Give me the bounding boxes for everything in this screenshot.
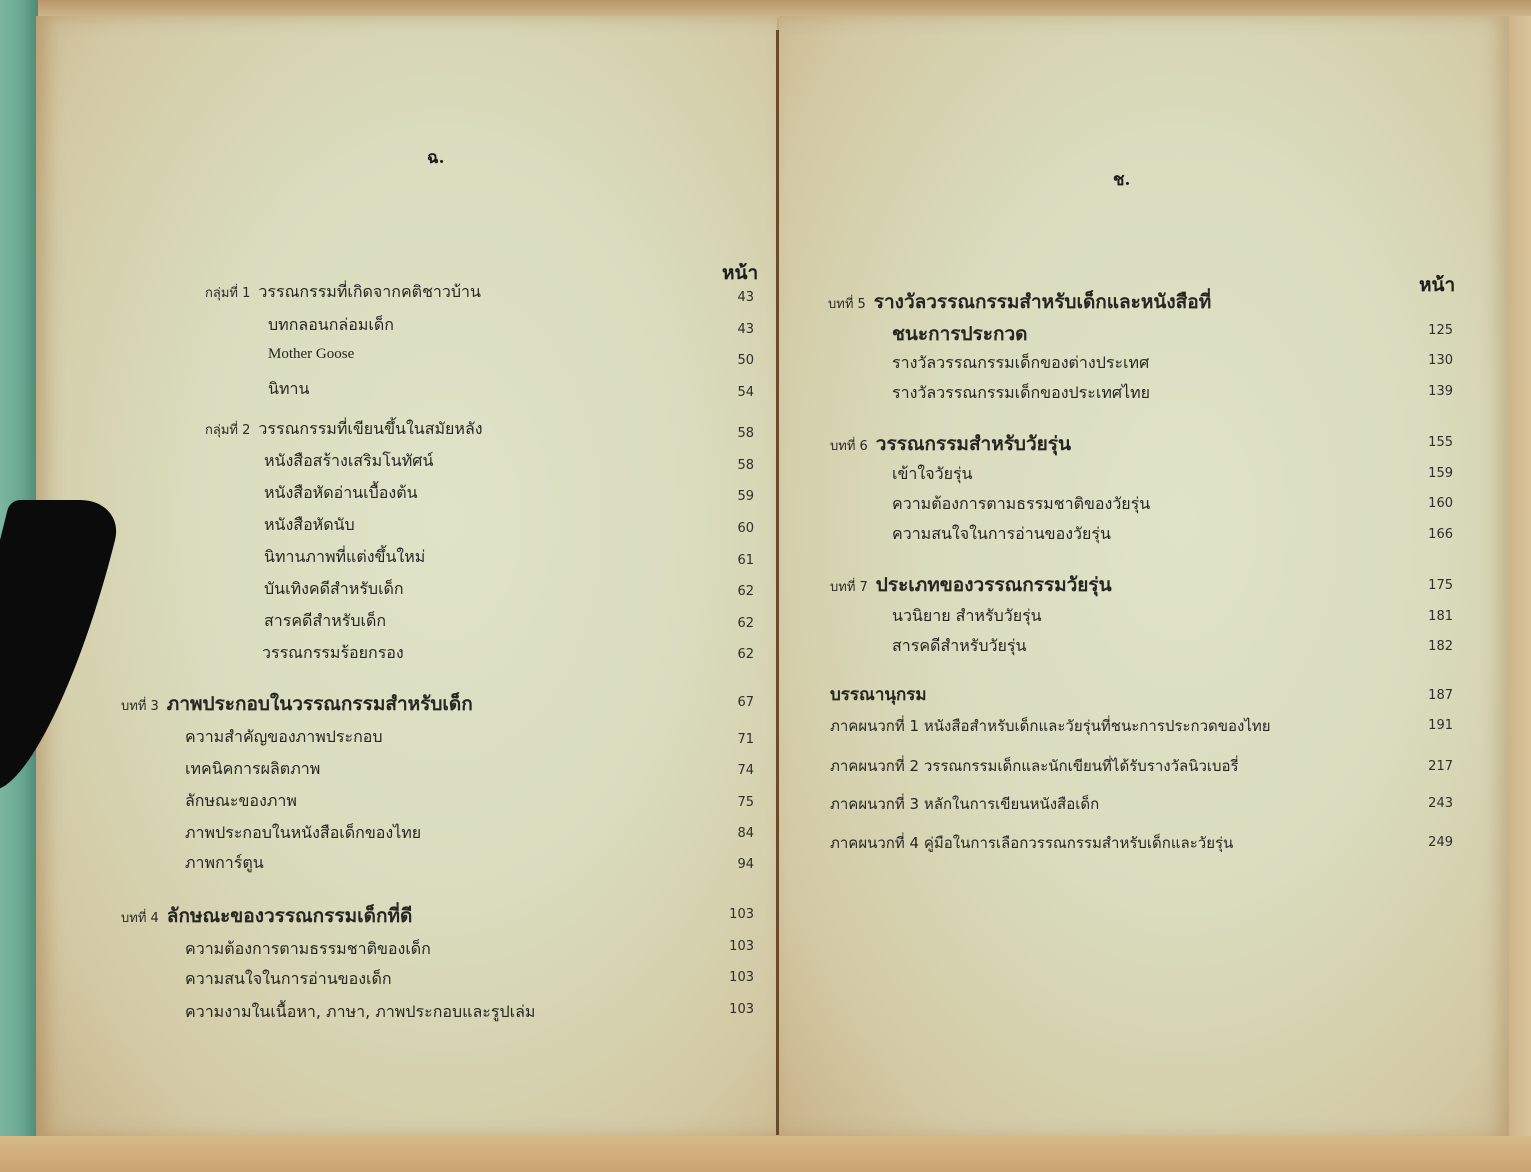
- toc-entry: ลักษณะของภาพ: [185, 789, 297, 814]
- entry-prefix: บทที่ 5: [828, 293, 866, 314]
- toc-chapter-entry: บทที่ 5 รางวัลวรรณกรรมสำหรับเด็กและหนังส…: [828, 287, 1211, 317]
- entry-page: 191: [1403, 718, 1453, 733]
- entry-page: 103: [704, 939, 754, 954]
- entry-title: วรรณกรรมร้อยกรอง: [262, 641, 404, 666]
- toc-appendix-entry: ภาคผนวกที่ 4 คู่มือในการเลือกวรรณกรรมสำห…: [830, 831, 1233, 855]
- toc-entry: ความสนใจในการอ่านของเด็ก: [185, 967, 392, 992]
- entry-page: 94: [704, 857, 754, 872]
- left-page: [36, 16, 777, 1138]
- toc-entry: ภาพการ์ตูน: [185, 851, 264, 876]
- entry-title: เทคนิคการผลิตภาพ: [185, 757, 320, 782]
- entry-title: เข้าใจวัยรุ่น: [892, 462, 972, 487]
- toc-entry: บันเทิงคดีสำหรับเด็ก: [264, 577, 404, 602]
- toc-entry: ชนะการประกวด: [892, 319, 1027, 349]
- entry-title: ความสนใจในการอ่านของวัยรุ่น: [892, 522, 1111, 547]
- entry-page: 103: [704, 970, 754, 985]
- entry-title: สารคดีสำหรับเด็ก: [264, 609, 386, 634]
- toc-entry: ความงามในเนื้อหา, ภาษา, ภาพประกอบและรูปเ…: [185, 1000, 535, 1025]
- entry-page: 62: [704, 616, 754, 631]
- entry-title: หนังสือหัดนับ: [264, 513, 355, 538]
- entry-page: 217: [1403, 759, 1453, 774]
- entry-page: 62: [704, 584, 754, 599]
- entry-title: หนังสือสร้างเสริมโนทัศน์: [264, 449, 433, 474]
- entry-title: นิทานภาพที่แต่งขึ้นใหม่: [264, 545, 425, 570]
- toc-entry: สารคดีสำหรับเด็ก: [264, 609, 386, 634]
- entry-page: 84: [704, 826, 754, 841]
- book-bottom-edge: [0, 1136, 1531, 1172]
- entry-title: รางวัลวรรณกรรมเด็กของประเทศไทย: [892, 381, 1150, 406]
- toc-chapter-entry: บทที่ 6 วรรณกรรมสำหรับวัยรุ่น: [830, 429, 1071, 459]
- toc-entry: หนังสือสร้างเสริมโนทัศน์: [264, 449, 433, 474]
- entry-page: 60: [704, 521, 754, 536]
- entry-page: 159: [1403, 466, 1453, 481]
- entry-page: 249: [1403, 835, 1453, 850]
- entry-title: ความต้องการตามธรรมชาติของเด็ก: [185, 937, 431, 962]
- right-page-column-header: หน้า: [1419, 270, 1455, 300]
- toc-entry: หนังสือหัดอ่านเบื้องต้น: [264, 481, 418, 506]
- entry-page: 181: [1403, 609, 1453, 624]
- entry-page: 43: [704, 290, 754, 305]
- entry-title: ประเภทของวรรณกรรมวัยรุ่น: [876, 570, 1112, 600]
- toc-entry: เข้าใจวัยรุ่น: [892, 462, 972, 487]
- entry-page: 50: [704, 353, 754, 368]
- entry-title: นวนิยาย สำหรับวัยรุ่น: [892, 604, 1042, 629]
- entry-prefix: บทที่ 7: [830, 576, 868, 597]
- entry-title: บรรณานุกรม: [830, 681, 927, 708]
- entry-page: 58: [704, 458, 754, 473]
- entry-title: ภาคผนวกที่ 4 คู่มือในการเลือกวรรณกรรมสำห…: [830, 831, 1233, 855]
- toc-entry: นวนิยาย สำหรับวัยรุ่น: [892, 604, 1042, 629]
- entry-page: 58: [704, 426, 754, 441]
- entry-page: 67: [704, 695, 754, 710]
- entry-page: 187: [1403, 688, 1453, 703]
- entry-prefix: บทที่ 6: [830, 435, 868, 456]
- entry-page: 71: [704, 732, 754, 747]
- entry-prefix: บทที่ 4: [121, 907, 159, 928]
- entry-title: รางวัลวรรณกรรมสำหรับเด็กและหนังสือที่: [874, 287, 1211, 317]
- toc-entry: รางวัลวรรณกรรมเด็กของประเทศไทย: [892, 381, 1150, 406]
- entry-page: 243: [1403, 796, 1453, 811]
- book-right-edge: [1509, 16, 1531, 1141]
- toc-entry: สารคดีสำหรับวัยรุ่น: [892, 634, 1026, 659]
- entry-page: 74: [704, 763, 754, 778]
- entry-title: ชนะการประกวด: [892, 319, 1027, 349]
- entry-title: ภาคผนวกที่ 1 หนังสือสำหรับเด็กและวัยรุ่น…: [830, 714, 1271, 738]
- entry-title: บันเทิงคดีสำหรับเด็ก: [264, 577, 404, 602]
- toc-entry: หนังสือหัดนับ: [264, 513, 355, 538]
- entry-title: ความสนใจในการอ่านของเด็ก: [185, 967, 392, 992]
- entry-title: สารคดีสำหรับวัยรุ่น: [892, 634, 1026, 659]
- toc-entry: Mother Goose: [268, 346, 354, 363]
- left-page-column-header: หน้า: [722, 258, 758, 288]
- entry-page: 75: [704, 795, 754, 810]
- toc-appendix-entry: ภาคผนวกที่ 2 วรรณกรรมเด็กและนักเขียนที่ไ…: [830, 754, 1239, 778]
- entry-title: ภาพการ์ตูน: [185, 851, 264, 876]
- entry-title: Mother Goose: [268, 346, 354, 363]
- toc-chapter-entry: บทที่ 7 ประเภทของวรรณกรรมวัยรุ่น: [830, 570, 1112, 600]
- toc-entry: ความสนใจในการอ่านของวัยรุ่น: [892, 522, 1111, 547]
- toc-entry: ความต้องการตามธรรมชาติของวัยรุ่น: [892, 492, 1150, 517]
- right-page-folio: ช.: [1113, 166, 1130, 193]
- entry-page: 59: [704, 489, 754, 504]
- entry-title: ความต้องการตามธรรมชาติของวัยรุ่น: [892, 492, 1150, 517]
- entry-page: 103: [704, 907, 754, 922]
- entry-title: รางวัลวรรณกรรมเด็กของต่างประเทศ: [892, 351, 1149, 376]
- entry-page: 103: [704, 1002, 754, 1017]
- entry-title: ความงามในเนื้อหา, ภาษา, ภาพประกอบและรูปเ…: [185, 1000, 535, 1025]
- entry-page: 61: [704, 553, 754, 568]
- entry-page: 160: [1403, 496, 1453, 511]
- entry-title: ภาคผนวกที่ 3 หลักในการเขียนหนังสือเด็ก: [830, 792, 1099, 816]
- entry-title: ภาพประกอบในหนังสือเด็กของไทย: [185, 821, 421, 846]
- toc-appendix-entry: ภาคผนวกที่ 1 หนังสือสำหรับเด็กและวัยรุ่น…: [830, 714, 1271, 738]
- toc-entry: กลุ่มที่ 1 วรรณกรรมที่เกิดจากคติชาวบ้าน: [205, 280, 481, 305]
- left-page-folio: ฉ.: [427, 144, 445, 171]
- toc-entry: ความสำคัญของภาพประกอบ: [185, 725, 383, 750]
- toc-entry: รางวัลวรรณกรรมเด็กของต่างประเทศ: [892, 351, 1149, 376]
- entry-page: 155: [1403, 435, 1453, 450]
- toc-entry: เทคนิคการผลิตภาพ: [185, 757, 320, 782]
- toc-entry: กลุ่มที่ 2 วรรณกรรมที่เขียนขึ้นในสมัยหลั…: [205, 417, 483, 442]
- entry-title: วรรณกรรมที่เขียนขึ้นในสมัยหลัง: [258, 417, 482, 442]
- entry-title: หนังสือหัดอ่านเบื้องต้น: [264, 481, 418, 506]
- entry-title: ภาพประกอบในวรรณกรรมสำหรับเด็ก: [167, 689, 473, 719]
- toc-chapter-entry: บทที่ 4 ลักษณะของวรรณกรรมเด็กที่ดี: [121, 901, 412, 931]
- entry-title: ความสำคัญของภาพประกอบ: [185, 725, 383, 750]
- entry-page: 166: [1403, 527, 1453, 542]
- entry-prefix: กลุ่มที่ 2: [205, 419, 250, 440]
- entry-title: ลักษณะของภาพ: [185, 789, 297, 814]
- entry-title: ลักษณะของวรรณกรรมเด็กที่ดี: [167, 901, 413, 931]
- toc-chapter-entry: บทที่ 3 ภาพประกอบในวรรณกรรมสำหรับเด็ก: [121, 689, 473, 719]
- entry-title: วรรณกรรมที่เกิดจากคติชาวบ้าน: [258, 280, 481, 305]
- entry-page: 54: [704, 385, 754, 400]
- entry-title: วรรณกรรมสำหรับวัยรุ่น: [876, 429, 1071, 459]
- toc-entry: ภาพประกอบในหนังสือเด็กของไทย: [185, 821, 421, 846]
- entry-page: 175: [1403, 578, 1453, 593]
- toc-entry: นิทาน: [268, 377, 309, 402]
- entry-title: นิทาน: [268, 377, 309, 402]
- entry-prefix: กลุ่มที่ 1: [205, 282, 250, 303]
- entry-page: 139: [1403, 384, 1453, 399]
- entry-prefix: บทที่ 3: [121, 695, 159, 716]
- entry-page: 125: [1403, 323, 1453, 338]
- entry-page: 130: [1403, 353, 1453, 368]
- entry-page: 62: [704, 647, 754, 662]
- toc-appendix-entry: ภาคผนวกที่ 3 หลักในการเขียนหนังสือเด็ก: [830, 792, 1099, 816]
- entry-page: 182: [1403, 639, 1453, 654]
- toc-entry: บทกลอนกล่อมเด็ก: [268, 313, 394, 338]
- toc-entry: นิทานภาพที่แต่งขึ้นใหม่: [264, 545, 425, 570]
- toc-section-entry: บรรณานุกรม: [830, 681, 927, 708]
- entry-title: ภาคผนวกที่ 2 วรรณกรรมเด็กและนักเขียนที่ไ…: [830, 754, 1239, 778]
- entry-title: บทกลอนกล่อมเด็ก: [268, 313, 394, 338]
- toc-entry: วรรณกรรมร้อยกรอง: [262, 641, 404, 666]
- toc-entry: ความต้องการตามธรรมชาติของเด็ก: [185, 937, 431, 962]
- entry-page: 43: [704, 322, 754, 337]
